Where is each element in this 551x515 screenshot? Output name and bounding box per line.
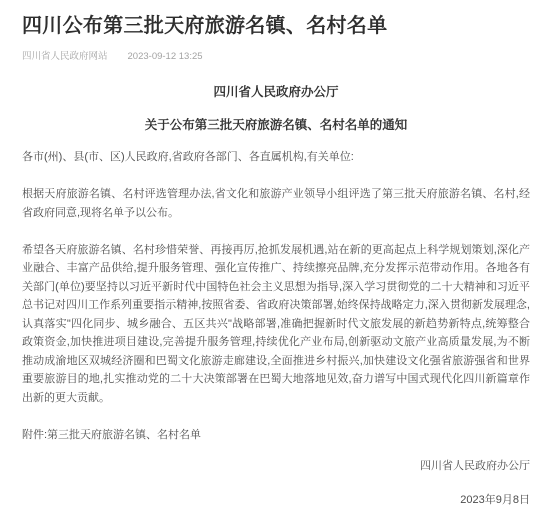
page: 四川公布第三批天府旅游名镇、名村名单 四川省人民政府网站 2023-09-12 … — [0, 0, 551, 515]
paragraph-salutation: 各市(州)、县(市、区)人民政府,省政府各部门、各直属机构,有关单位: — [22, 148, 530, 167]
signature-date: 2023年9月8日 — [22, 491, 530, 510]
article-title: 四川公布第三批天府旅游名镇、名村名单 — [22, 13, 530, 40]
paragraph-attachment: 附件:第三批天府旅游名镇、名村名单 — [22, 426, 530, 445]
notice-title: 关于公布第三批天府旅游名镇、名村名单的通知 — [22, 116, 530, 135]
issuer-heading: 四川省人民政府办公厅 — [22, 83, 530, 102]
publish-datetime: 2023-09-12 13:25 — [128, 50, 203, 64]
article: 四川公布第三批天府旅游名镇、名村名单 四川省人民政府网站 2023-09-12 … — [0, 13, 551, 509]
paragraph-hope: 希望各天府旅游名镇、名村珍惜荣誉、再接再厉,抢抓发展机遇,站在新的更高起点上科学… — [22, 241, 530, 408]
article-meta: 四川省人民政府网站 2023-09-12 13:25 — [22, 50, 530, 64]
source-site: 四川省人民政府网站 — [22, 50, 108, 64]
signature-issuer: 四川省人民政府办公厅 — [22, 457, 530, 476]
paragraph-announcement: 根据天府旅游名镇、名村评选管理办法,省文化和旅游产业领导小组评选了第三批天府旅游… — [22, 185, 530, 222]
